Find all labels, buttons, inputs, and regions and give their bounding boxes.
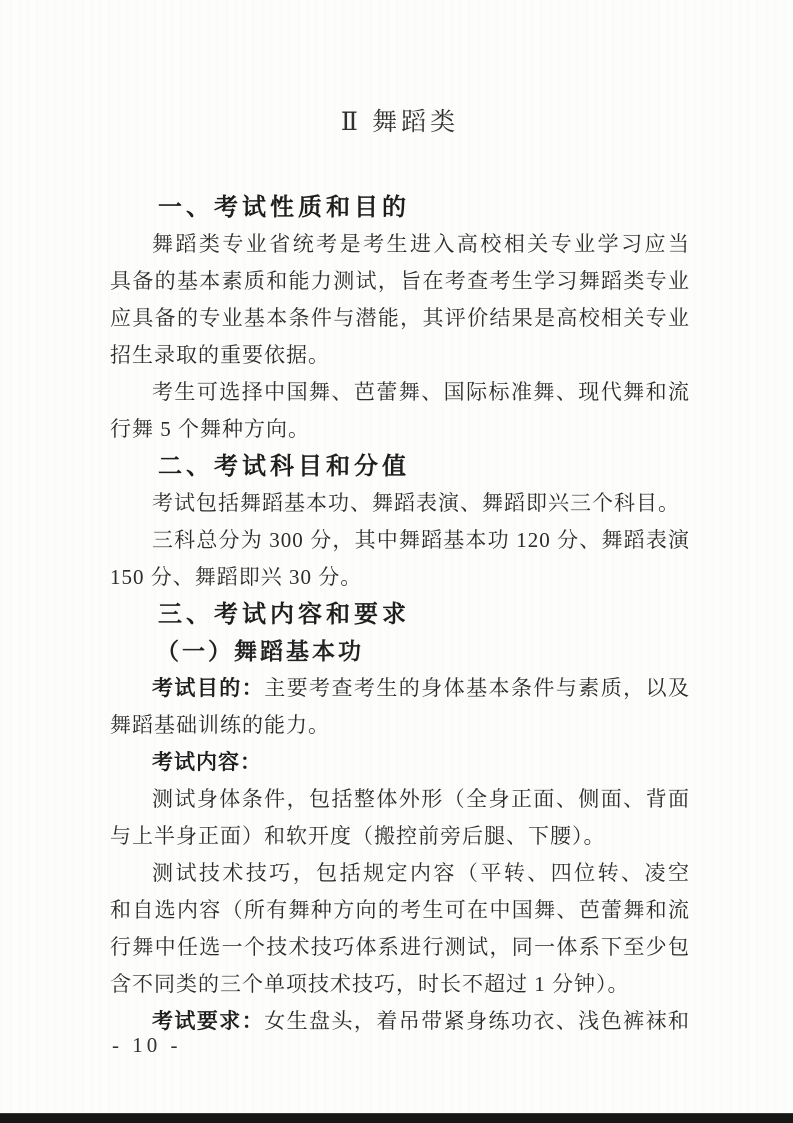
line-text: 行舞 5 个舞种方向。 (110, 417, 310, 441)
line-text: 考生可选择中国舞、芭蕾舞、国际标准舞、现代舞和流 (152, 380, 690, 404)
line-text: 行舞中任选一个技术技巧体系进行测试，同一体系下至少包 (110, 935, 690, 959)
line-text: 150 分、舞蹈即兴 30 分。 (110, 565, 362, 589)
text-line: 考试内容： (110, 744, 690, 781)
text-line: 舞蹈类专业省统考是考生进入高校相关专业学习应当 (110, 226, 690, 263)
text-line: 应具备的专业基本条件与潜能，其评价结果是高校相关专业 (110, 300, 690, 337)
line-text: 具备的基本素质和能力测试，旨在考查考生学习舞蹈类专业 (110, 269, 690, 293)
line-text: 招生录取的重要依据。 (110, 343, 330, 367)
text-line: 和自选内容（所有舞种方向的考生可在中国舞、芭蕾舞和流 (110, 892, 690, 929)
text-line: 行舞 5 个舞种方向。 (110, 411, 690, 448)
text-line: 150 分、舞蹈即兴 30 分。 (110, 559, 690, 596)
bold-label: 考试内容： (152, 750, 262, 774)
line-text: 女生盘头，着吊带紧身练功衣、浅色裤袜和 (264, 1009, 690, 1033)
text-line: 行舞中任选一个技术技巧体系进行测试，同一体系下至少包 (110, 929, 690, 966)
document-title: Ⅱ 舞蹈类 (110, 104, 690, 142)
line-text: 应具备的专业基本条件与潜能，其评价结果是高校相关专业 (110, 306, 690, 330)
scan-bottom-edge (0, 1113, 793, 1123)
section-heading: 二、考试科目和分值 (110, 448, 690, 485)
line-text: 考试包括舞蹈基本功、舞蹈表演、舞蹈即兴三个科目。 (152, 491, 680, 515)
line-text: 含不同类的三个单项技术技巧，时长不超过 1 分钟）。 (110, 972, 630, 996)
document-content: Ⅱ 舞蹈类 一、考试性质和目的舞蹈类专业省统考是考生进入高校相关专业学习应当具备… (110, 104, 690, 1040)
text-line: 测试身体条件，包括整体外形（全身正面、侧面、背面 (110, 781, 690, 818)
page-number: - 10 - (112, 1033, 182, 1058)
text-line: 考试要求：女生盘头，着吊带紧身练功衣、浅色裤袜和 (110, 1003, 690, 1040)
bold-label: 考试要求： (152, 1009, 264, 1033)
document-page: Ⅱ 舞蹈类 一、考试性质和目的舞蹈类专业省统考是考生进入高校相关专业学习应当具备… (0, 0, 793, 1123)
section-heading: 三、考试内容和要求 (110, 596, 690, 633)
text-line: 具备的基本素质和能力测试，旨在考查考生学习舞蹈类专业 (110, 263, 690, 300)
text-line: 招生录取的重要依据。 (110, 337, 690, 374)
section-heading: 一、考试性质和目的 (110, 189, 690, 226)
line-text: 与上半身正面）和软开度（搬控前旁后腿、下腰）。 (110, 824, 606, 848)
text-line: 考生可选择中国舞、芭蕾舞、国际标准舞、现代舞和流 (110, 374, 690, 411)
text-line: 三科总分为 300 分，其中舞蹈基本功 120 分、舞蹈表演 (110, 522, 690, 559)
text-line: 测试技术技巧，包括规定内容（平转、四位转、凌空跃） (110, 855, 690, 892)
line-text: 三科总分为 300 分，其中舞蹈基本功 120 分、舞蹈表演 (152, 528, 690, 552)
text-line: 含不同类的三个单项技术技巧，时长不超过 1 分钟）。 (110, 966, 690, 1003)
text-line: 与上半身正面）和软开度（搬控前旁后腿、下腰）。 (110, 818, 690, 855)
bold-label: 考试目的： (152, 676, 264, 700)
line-text: 舞蹈基础训练的能力。 (110, 713, 330, 737)
text-line: 考试目的：主要考查考生的身体基本条件与素质，以及 (110, 670, 690, 707)
line-text: 和自选内容（所有舞种方向的考生可在中国舞、芭蕾舞和流 (110, 898, 690, 922)
text-line: 舞蹈基础训练的能力。 (110, 707, 690, 744)
text-line: 考试包括舞蹈基本功、舞蹈表演、舞蹈即兴三个科目。 (110, 485, 690, 522)
line-text: 主要考查考生的身体基本条件与素质，以及 (264, 676, 690, 700)
line-text: 测试技术技巧，包括规定内容（平转、四位转、凌空跃） (110, 861, 690, 892)
line-text: 测试身体条件，包括整体外形（全身正面、侧面、背面 (152, 787, 690, 811)
subsection-heading: （一）舞蹈基本功 (110, 633, 690, 670)
line-text: 舞蹈类专业省统考是考生进入高校相关专业学习应当 (152, 232, 690, 256)
document-body: 一、考试性质和目的舞蹈类专业省统考是考生进入高校相关专业学习应当具备的基本素质和… (110, 189, 690, 1040)
